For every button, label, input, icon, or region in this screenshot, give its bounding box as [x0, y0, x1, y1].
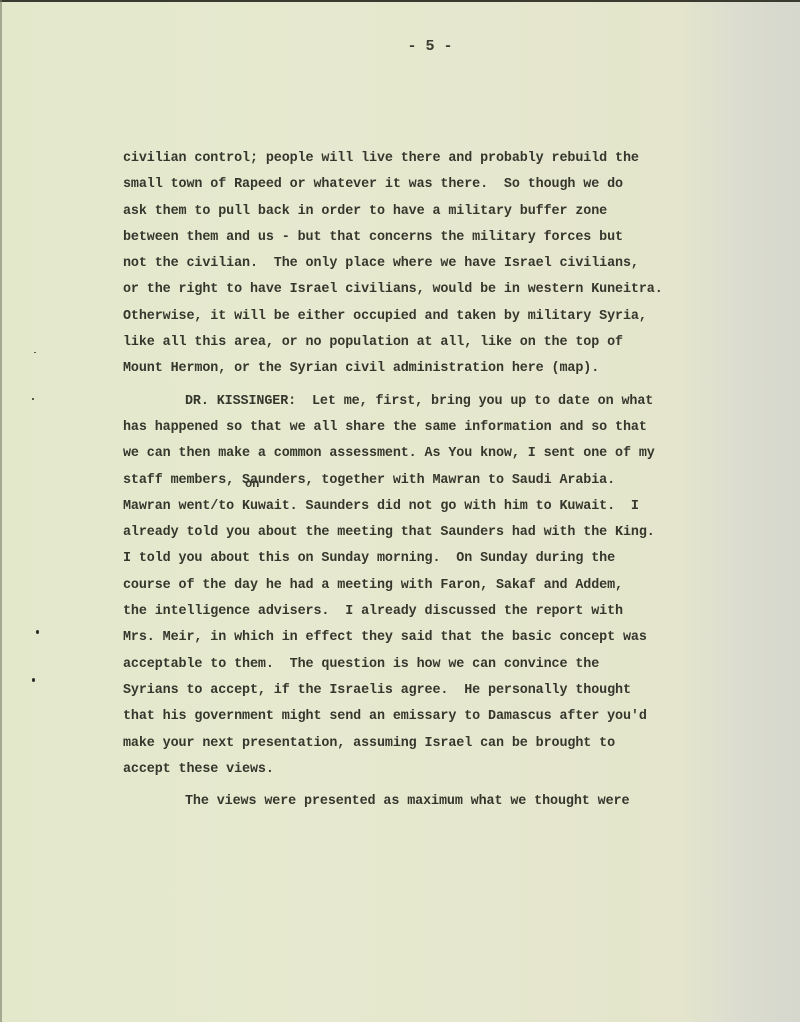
text-line: already told you about the meeting that …: [123, 520, 783, 546]
scan-speck: [36, 630, 39, 634]
page-number: - 5 -: [0, 38, 800, 55]
scan-edge-top: [0, 0, 800, 2]
paragraph-1: civilian control; people will live there…: [123, 146, 783, 383]
scan-speck: [34, 352, 36, 353]
text-line: accept these views.: [123, 757, 783, 783]
text-line: I told you about this on Sunday morning.…: [123, 546, 783, 572]
paragraph-3: The views were presented as maximum what…: [123, 789, 783, 815]
text-line: Mount Hermon, or the Syrian civil admini…: [123, 356, 783, 382]
text-line: ask them to pull back in order to have a…: [123, 199, 783, 225]
text-line: between them and us - but that concerns …: [123, 225, 783, 251]
text-line: Mrs. Meir, in which in effect they said …: [123, 625, 783, 651]
text-line: staff members, Saunders, together with M…: [123, 468, 783, 494]
text-line: like all this area, or no population at …: [123, 330, 783, 356]
text-line: Otherwise, it will be either occupied an…: [123, 304, 783, 330]
scan-speck: [32, 398, 34, 400]
text-line: small town of Rapeed or whatever it was …: [123, 172, 783, 198]
text-line: the intelligence advisers. I already dis…: [123, 599, 783, 625]
text-line: civilian control; people will live there…: [123, 146, 783, 172]
scan-speck: [32, 678, 35, 682]
text-line: that his government might send an emissa…: [123, 704, 783, 730]
text-line: The views were presented as maximum what…: [123, 789, 783, 815]
text-line: Syrians to accept, if the Israelis agree…: [123, 678, 783, 704]
text-line: course of the day he had a meeting with …: [123, 573, 783, 599]
text-line: make your next presentation, assuming Is…: [123, 731, 783, 757]
text-line: we can then make a common assessment. As…: [123, 441, 783, 467]
text-line: Mawran went/to Kuwait. Saunders did not …: [123, 494, 783, 520]
document-page: - 5 - civilian control; people will live…: [0, 0, 800, 1022]
paragraph-2: DR. KISSINGER: Let me, first, bring you …: [123, 389, 783, 783]
text-line: has happened so that we all share the sa…: [123, 415, 783, 441]
scan-edge-left: [0, 0, 2, 1022]
text-line: acceptable to them. The question is how …: [123, 652, 783, 678]
text-line-speaker: DR. KISSINGER: Let me, first, bring you …: [123, 389, 783, 415]
text-line: not the civilian. The only place where w…: [123, 251, 783, 277]
body-text: civilian control; people will live there…: [123, 146, 783, 815]
text-line: or the right to have Israel civilians, w…: [123, 277, 783, 303]
